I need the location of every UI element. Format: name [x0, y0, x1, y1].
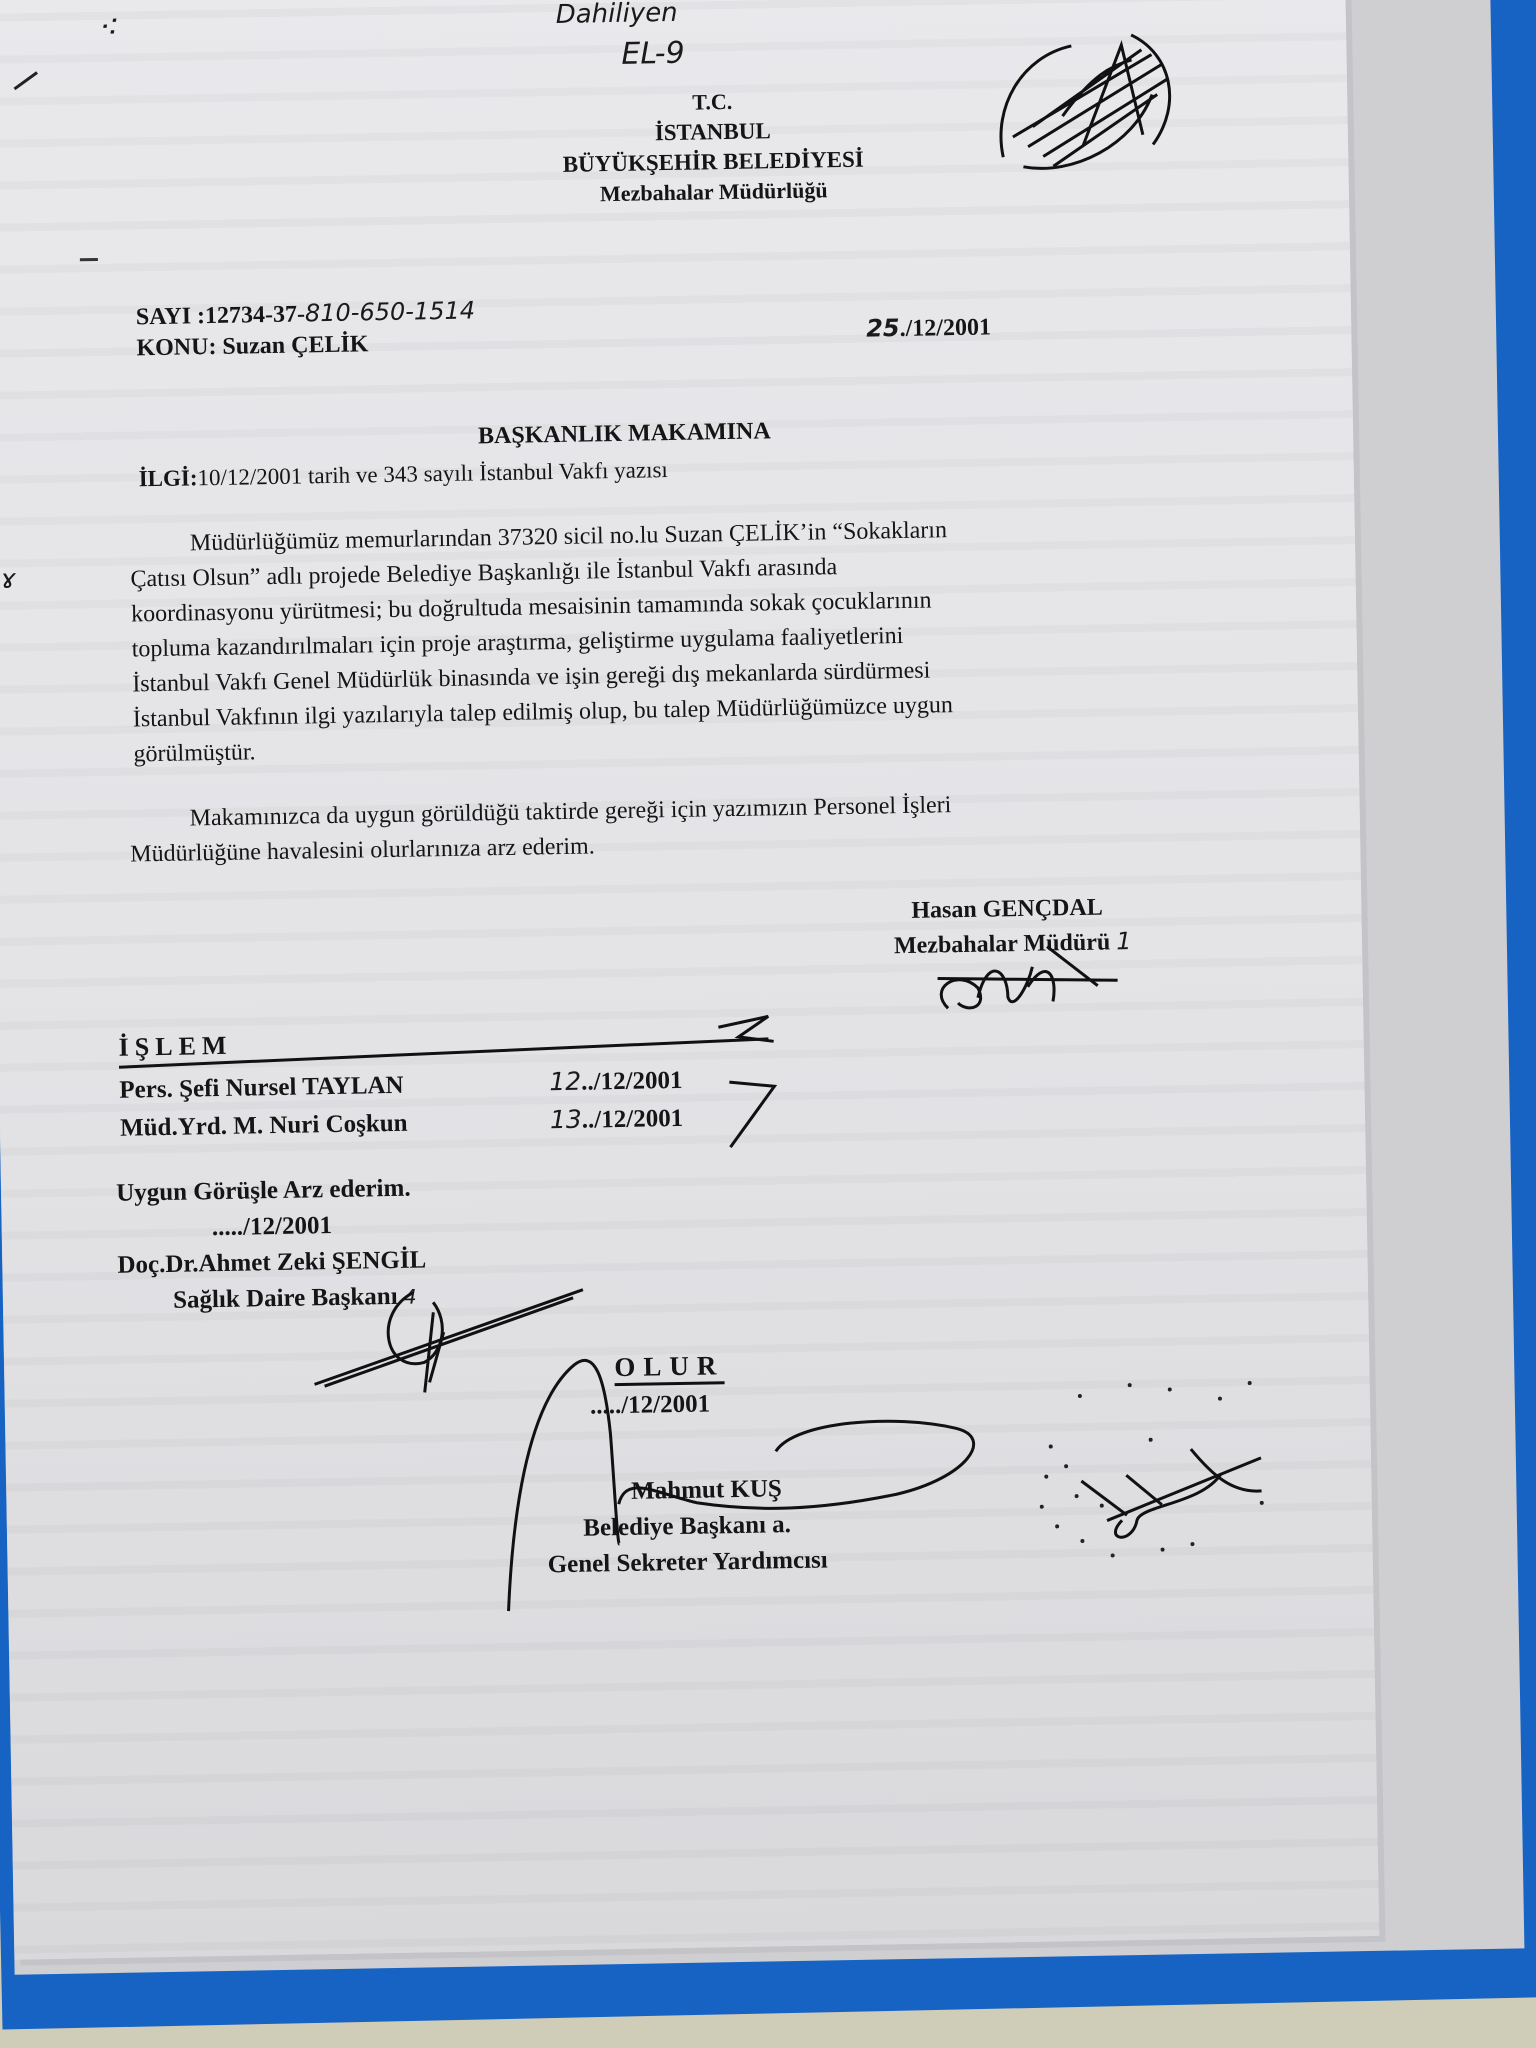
olur-heading: OLUR — [614, 1350, 725, 1386]
sayi-handwritten: 810-650-1514 — [305, 296, 475, 327]
stray-mark — [80, 258, 98, 261]
approval-block: Uygun Görüşle Arz ederim. ...../12/2001 … — [116, 1170, 427, 1319]
approval-name: Doç.Dr.Ahmet Zeki ŞENGİL — [117, 1242, 426, 1283]
signatory-title: Mezbahalar Müdürü 1 — [894, 924, 1132, 963]
ilgi-text: 10/12/2001 tarih ve 343 sayılı İstanbul … — [197, 457, 668, 490]
addressee: BAŞKANLIK MAKAMINA — [478, 418, 771, 450]
signature-scribble-top — [981, 14, 1194, 188]
body-paragraph-1: Müdürlüğümüz memurlarından 37320 sicil n… — [130, 509, 1194, 772]
olur-date: ...../12/2001 — [590, 1390, 711, 1420]
konu-label: KONU: — [136, 334, 216, 361]
sayi-line: SAYI :12734-37-810-650-1514 — [136, 296, 476, 331]
approval-date: ...../12/2001 — [117, 1206, 426, 1247]
stamp-signature — [1019, 1353, 1283, 1588]
sayi-label: SAYI : — [136, 303, 206, 330]
konu-line: KONU: Suzan ÇELİK — [136, 331, 368, 362]
ilgi-line: İLGİ:10/12/2001 tarih ve 343 sayılı İsta… — [138, 452, 668, 496]
sayi-printed: 12734-37- — [205, 301, 305, 329]
olur-title-2: Genel Sekreter Yardımcısı — [487, 1541, 888, 1584]
letterhead: T.C. İSTANBUL BÜYÜKŞEHİR BELEDİYESİ Mezb… — [452, 83, 974, 212]
main-signatory: Hasan GENÇDAL Mezbahalar Müdürü 1 — [911, 890, 1132, 963]
stray-mark: ⁖ — [99, 8, 120, 48]
body-paragraph-2: Makamınızca da uygun görüldüğü taktirde … — [129, 784, 1190, 872]
date-day-handwritten: 25 — [866, 314, 900, 343]
olur-signatory: Mahmut KUŞ Belediye Başkanı a. Genel Sek… — [486, 1469, 888, 1584]
konu-value: Suzan ÇELİK — [222, 331, 368, 360]
initial-scribble — [698, 1001, 791, 1163]
islem-table: Pers. Şefi Nursel TAYLAN12../12/2001 Müd… — [119, 1061, 683, 1147]
ilgi-label: İLGİ: — [139, 465, 198, 491]
approval-text: Uygun Görüşle Arz ederim. — [116, 1170, 425, 1211]
document-page: ⁖ Dahiliyen EL-9 T.C. İSTANBUL BÜYÜKŞEHİ… — [0, 0, 1379, 1960]
islem-date: ../12/2001 — [581, 1067, 683, 1096]
islem-date: ../12/2001 — [582, 1105, 684, 1134]
stray-mark — [14, 71, 38, 90]
islem-heading: İŞLEM — [118, 1031, 232, 1063]
islem-person: Müd.Yrd. M. Nuri Coşkun — [120, 1102, 551, 1146]
handwritten-code: EL-9 — [621, 36, 685, 72]
handwritten-note: Dahiliyen — [555, 0, 677, 30]
signatory-name: Hasan GENÇDAL — [911, 890, 1131, 928]
document-date: 25./12/2001 — [866, 312, 991, 343]
approval-title: Sağlık Daire Başkanı 4 — [118, 1278, 427, 1319]
stray-mark: ɤ — [0, 564, 16, 594]
